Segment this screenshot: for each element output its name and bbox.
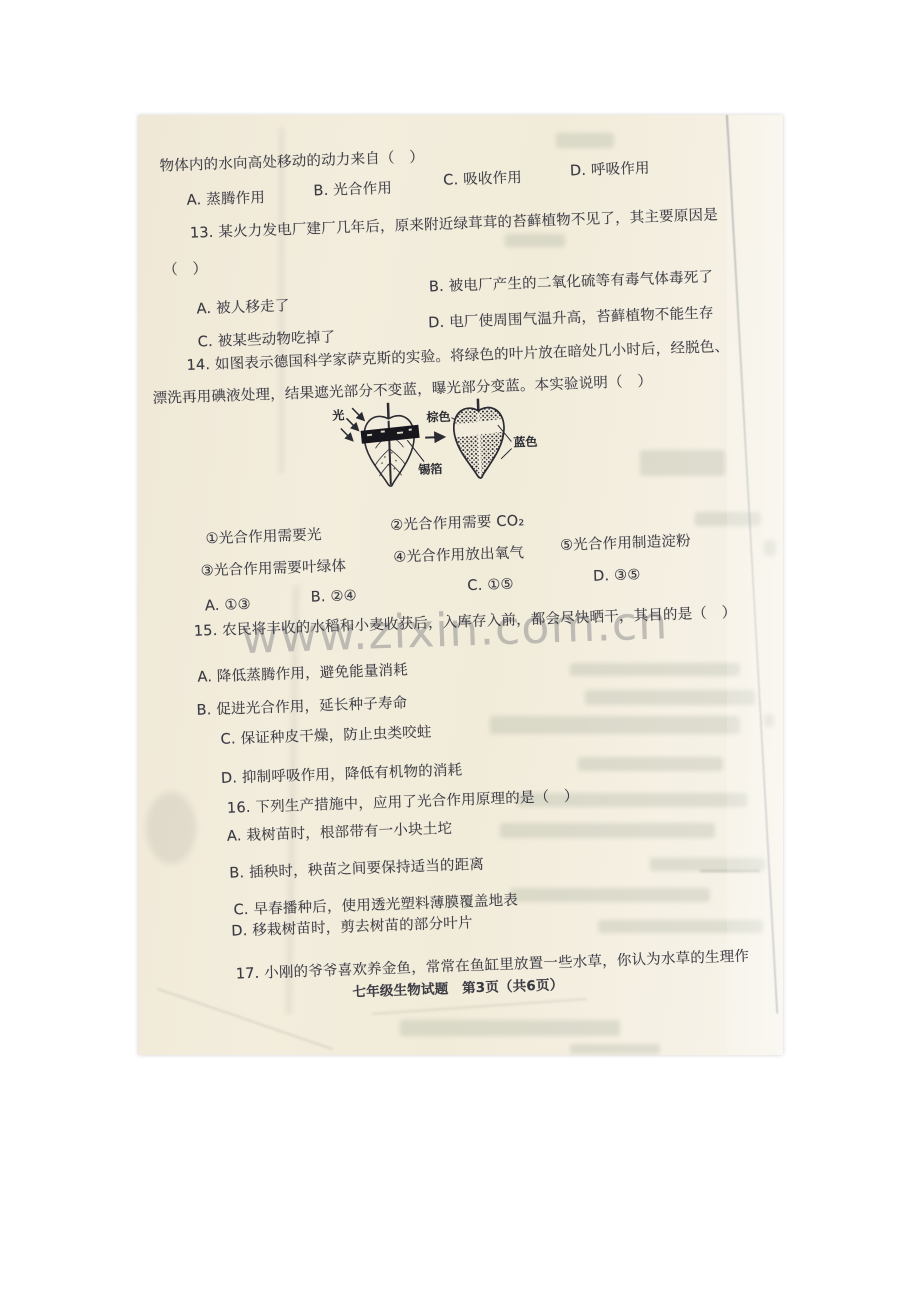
q13-option-c: C. 被某些动物吃掉了 [197, 329, 335, 352]
q16-option-b: B. 插秧时，秧苗之间要保持适当的距离 [229, 856, 484, 883]
q15-option-a: A. 降低蒸腾作用，避免能量消耗 [197, 661, 408, 686]
q15-option-d: D. 抑制呼吸作用，降低有机物的消耗 [221, 761, 463, 788]
q16-option-a: A. 栽树苗时，根部带有一小块土坨 [227, 820, 453, 846]
q14-statement-3: ③光合作用需要叶绿体 [200, 557, 346, 580]
q13-option-a: A. 被人移走了 [196, 297, 290, 318]
q12-stem: 物体内的水向高处移动的动力来自（ ） [159, 148, 424, 175]
blue-label: 蓝色 [513, 434, 538, 450]
q13-option-b: B. 被电厂产生的二氧化硫等有毒气体毒死了 [429, 268, 714, 296]
q14-option-c: C. ①⑤ [467, 576, 514, 596]
stained-leaf-drawing [447, 398, 513, 479]
q13-option-d: D. 电厂使周围气温升高，苔藓植物不能生存 [428, 304, 714, 332]
q14-statement-5: ⑤光合作用制造淀粉 [560, 532, 691, 555]
q14-option-d: D. ③⑤ [593, 566, 641, 586]
q14-option-a: A. ①③ [205, 596, 251, 616]
brown-label: 棕色 [426, 409, 451, 425]
bleedthrough-smudge [570, 1044, 660, 1054]
q16-stem: 16. 下列生产措施中，应用了光合作用原理的是（ ） [227, 787, 579, 817]
page-footer: 七年级生物试题 第3页（共6页） [352, 977, 563, 1001]
printed-text-layer: www.zixin.com.cn 物体内的水向高处移动的动力来自（ ） A. 蒸… [150, 128, 821, 1040]
q14-statement-4: ④光合作用放出氧气 [393, 544, 524, 567]
q14-statement-2: ②光合作用需要 CO₂ [390, 512, 525, 535]
q14-option-b: B. ②④ [310, 587, 357, 607]
foil-label: 锡箔 [418, 461, 443, 477]
covered-leaf-drawing [363, 402, 416, 487]
exam-paper-sheet: www.zixin.com.cn 物体内的水向高处移动的动力来自（ ） A. 蒸… [138, 115, 783, 1055]
sachs-experiment-figure: 光 [330, 395, 548, 502]
q12-option-b: B. 光合作用 [313, 180, 392, 201]
q13-stem-line1: 13. 某火力发电厂建厂几年后，原来附近绿茸茸的苔藓植物不见了，其主要原因是 [190, 206, 719, 243]
q12-option-d: D. 呼吸作用 [570, 160, 650, 181]
foil-leader-line [407, 440, 424, 463]
q13-stem-line2: （ ） [163, 260, 208, 280]
light-label: 光 [332, 407, 345, 422]
q17-stem: 17. 小刚的爷爷喜欢养金鱼，常常在鱼缸里放置一些水草，你认为水草的生理作 [236, 948, 750, 984]
q12-option-c: C. 吸收作用 [443, 169, 522, 190]
q15-option-b: B. 促进光合作用，延长种子寿命 [196, 694, 407, 719]
q12-option-a: A. 蒸腾作用 [186, 189, 265, 210]
q14-statement-1: ①光合作用需要光 [205, 526, 322, 548]
scanned-exam-page: www.zixin.com.cn 物体内的水向高处移动的动力来自（ ） A. 蒸… [0, 0, 920, 1302]
q16-option-c: C. 早春播种后，使用透光塑料薄膜覆盖地表 [233, 892, 518, 920]
q15-option-c: C. 保证种皮干燥，防止虫类咬蛀 [220, 724, 432, 749]
transform-arrow-icon [425, 437, 443, 438]
